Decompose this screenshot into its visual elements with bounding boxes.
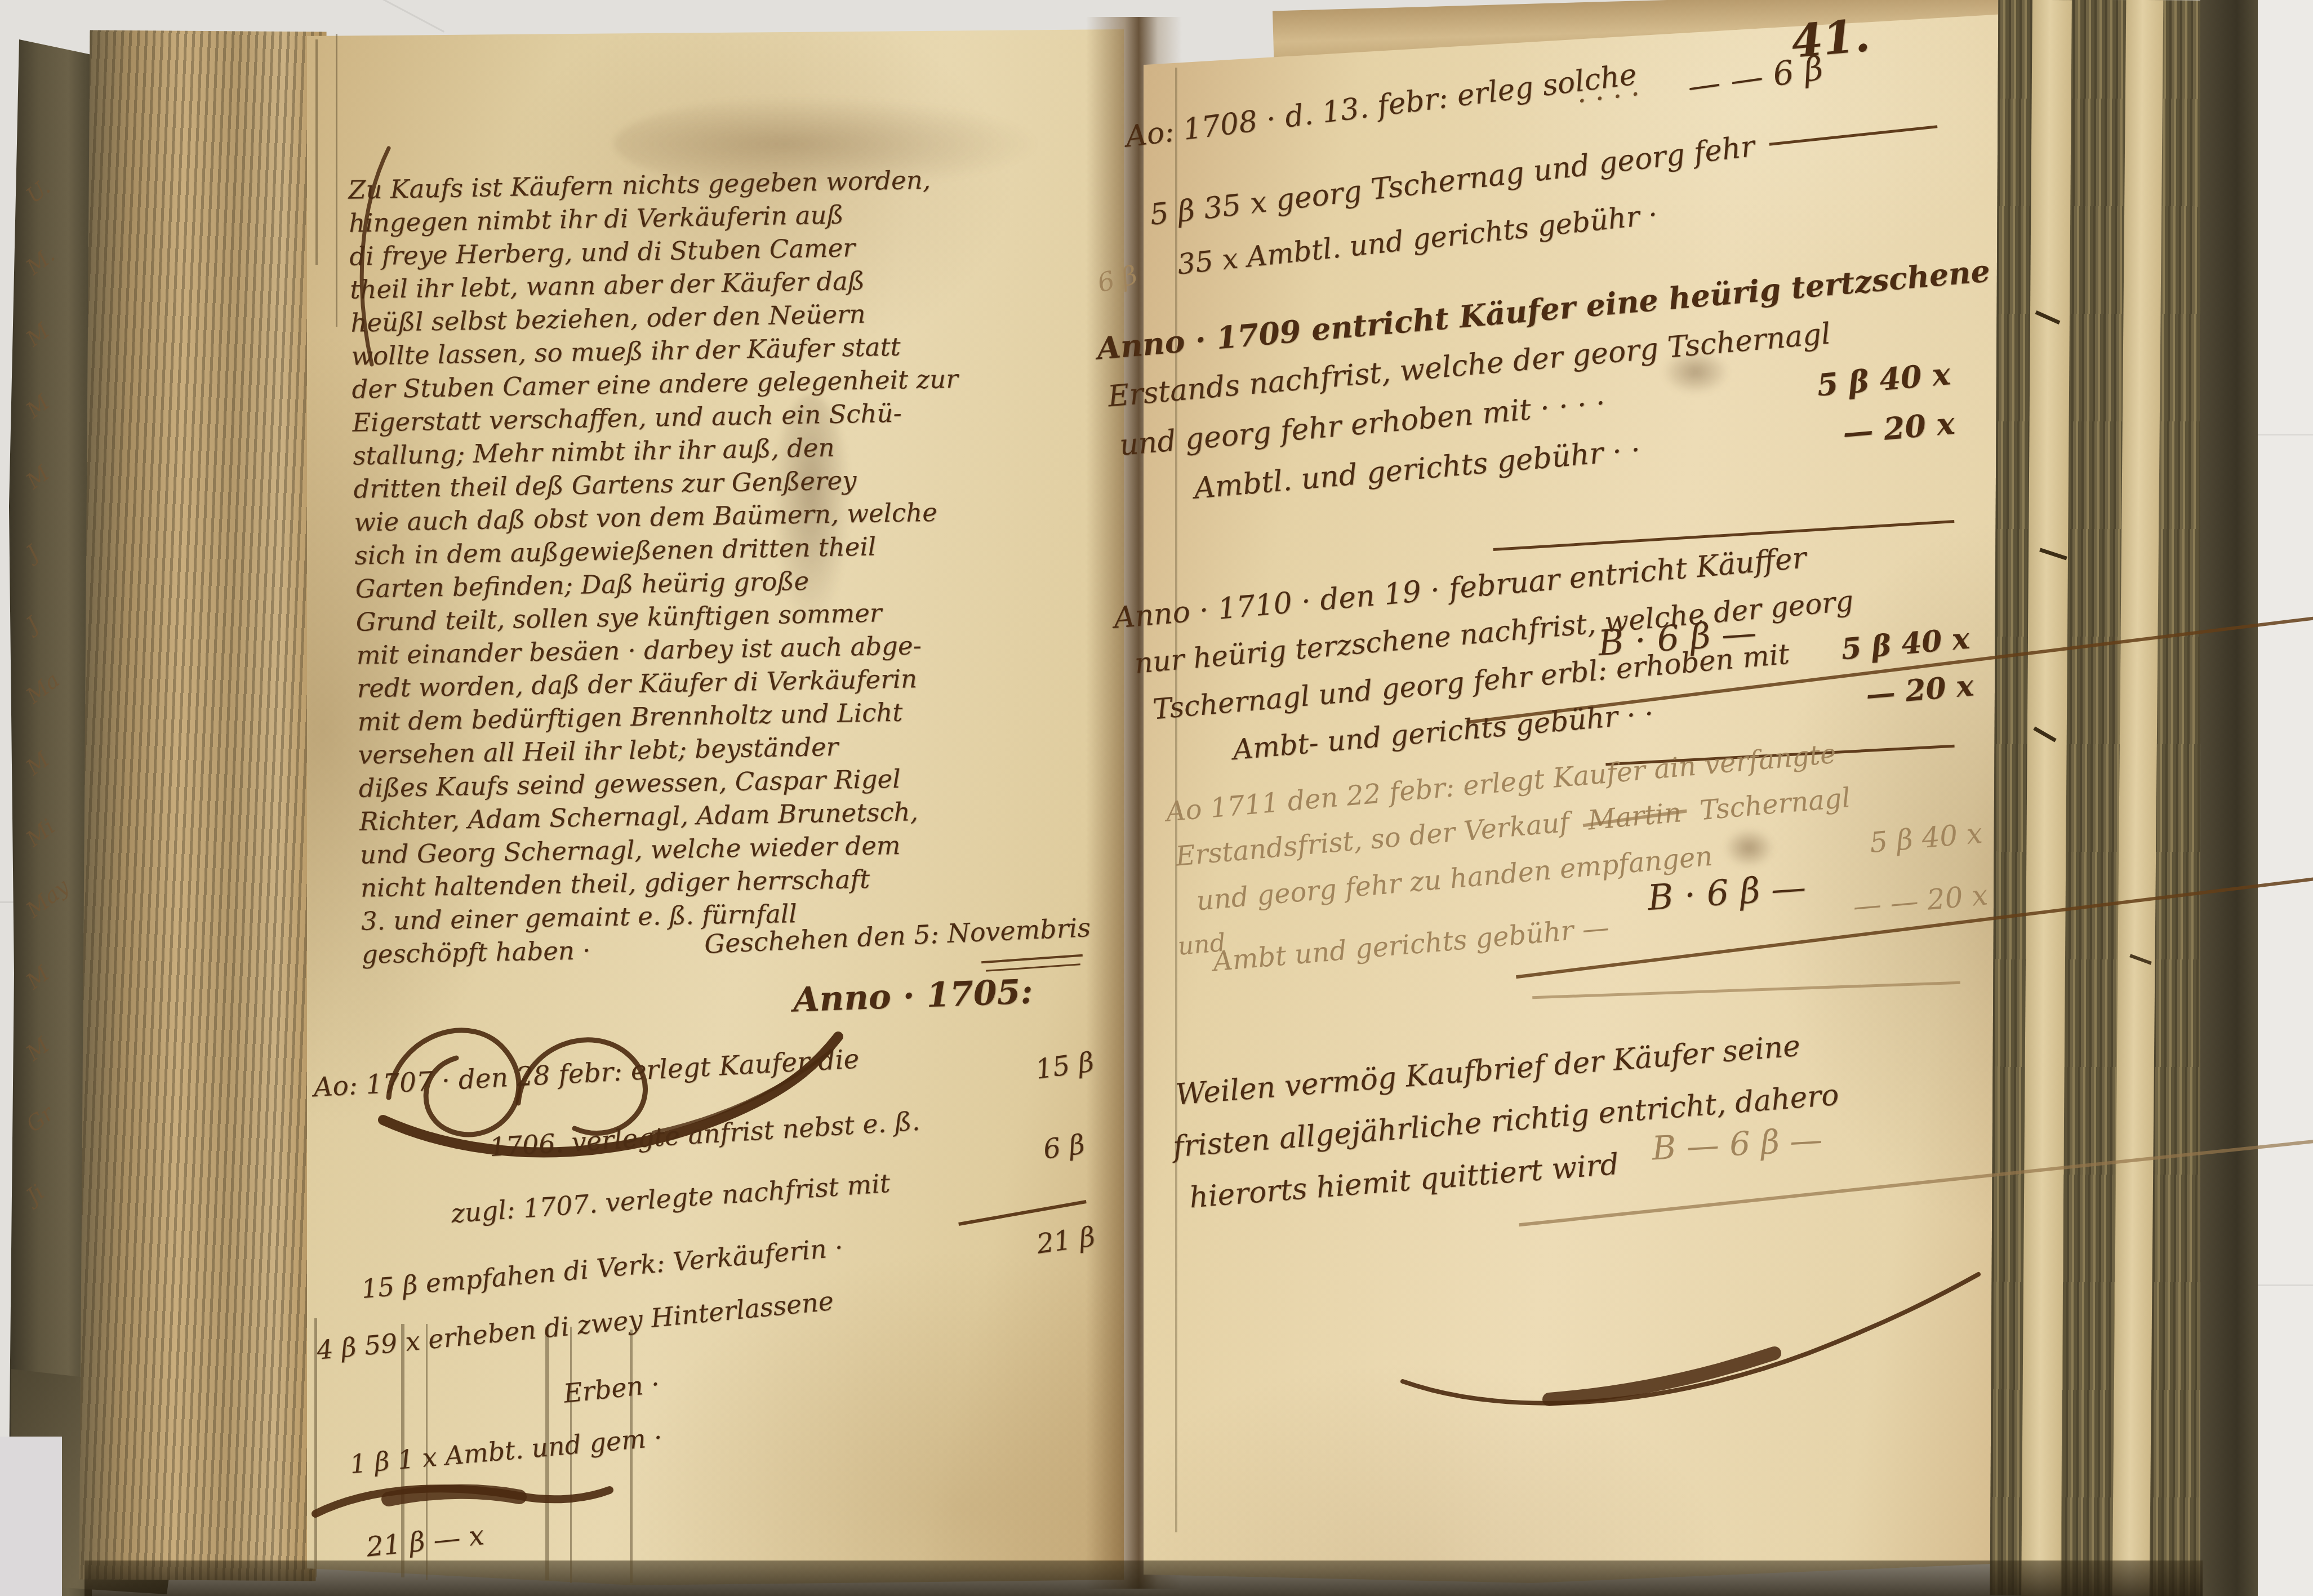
marginalia-fragment: M	[21, 715, 95, 780]
entry-1709-amount1: 5 β 40 x	[1816, 358, 1951, 400]
entry-1711-amount2: — — 20 x	[1852, 881, 1989, 921]
background-bottom-left	[0, 1437, 62, 1596]
marginalia-fragment: M	[21, 1001, 95, 1066]
marginalia-fragment: Gr	[21, 1073, 95, 1137]
fee-1707-row2-amount: 6 β	[1042, 1131, 1087, 1163]
marginalia-fragment: M	[21, 930, 95, 994]
closing-line3: hierorts hiemit quittiert wird	[1188, 1150, 1620, 1213]
entry-1710-amount2: — 20 x	[1865, 671, 1974, 709]
page-crease	[630, 1330, 633, 1583]
book-cover-right-edge	[2200, 0, 2261, 1596]
marginalia-fragment: J	[21, 572, 95, 637]
marginalia-fragment: Ma	[21, 644, 95, 709]
marginalia-fragment: M	[21, 429, 95, 494]
entry-1711-amount1: 5 β 40 x	[1869, 819, 1983, 857]
fee-1707-row1-amount: 15 β	[1034, 1048, 1096, 1083]
entry-1711-line2b: Tschernagl	[1698, 782, 1852, 826]
floor-seam	[2258, 1284, 2313, 1286]
photograph-of-open-manuscript-book: { "colors": { "ink": "#4b2c13", "ink_fad…	[0, 0, 2313, 1596]
left-page-stack-edges	[79, 30, 326, 1581]
entry-1711-struck-word: Martin	[1586, 797, 1683, 836]
entry-1710-amount1: 5 β 40 x	[1840, 624, 1971, 665]
marginalia-fragment: J	[21, 501, 95, 566]
floor-seam	[2258, 434, 2313, 435]
entry-1709-amount2: — 20 x	[1841, 408, 1956, 448]
background-right-margin	[2258, 0, 2313, 1596]
marginalia-fragment: M	[21, 358, 95, 423]
entry-1711-line4: Ambt und gerichts gebühr —	[1212, 914, 1610, 976]
left-page-body-text: Zu Kaufs ist Käufern nichts gegeben word…	[348, 160, 1120, 971]
page-crease	[315, 39, 318, 265]
marginalia-fragment: Mi	[21, 786, 95, 851]
page-crease	[314, 1318, 317, 1577]
marginalia-fragment: M.	[21, 215, 95, 279]
floor-seam	[344, 0, 444, 33]
closing-flourish-swash	[1380, 1256, 2000, 1425]
marginalia-fragment: M	[21, 286, 95, 351]
fee-1707-sum: 21 β	[1035, 1223, 1097, 1258]
marginalia-fragments-column: U.M.MMMJJMaMMiMayMMGrJi	[21, 163, 95, 1189]
heavy-swash-stroke	[304, 1473, 620, 1527]
marginalia-fragment: May	[21, 858, 95, 923]
